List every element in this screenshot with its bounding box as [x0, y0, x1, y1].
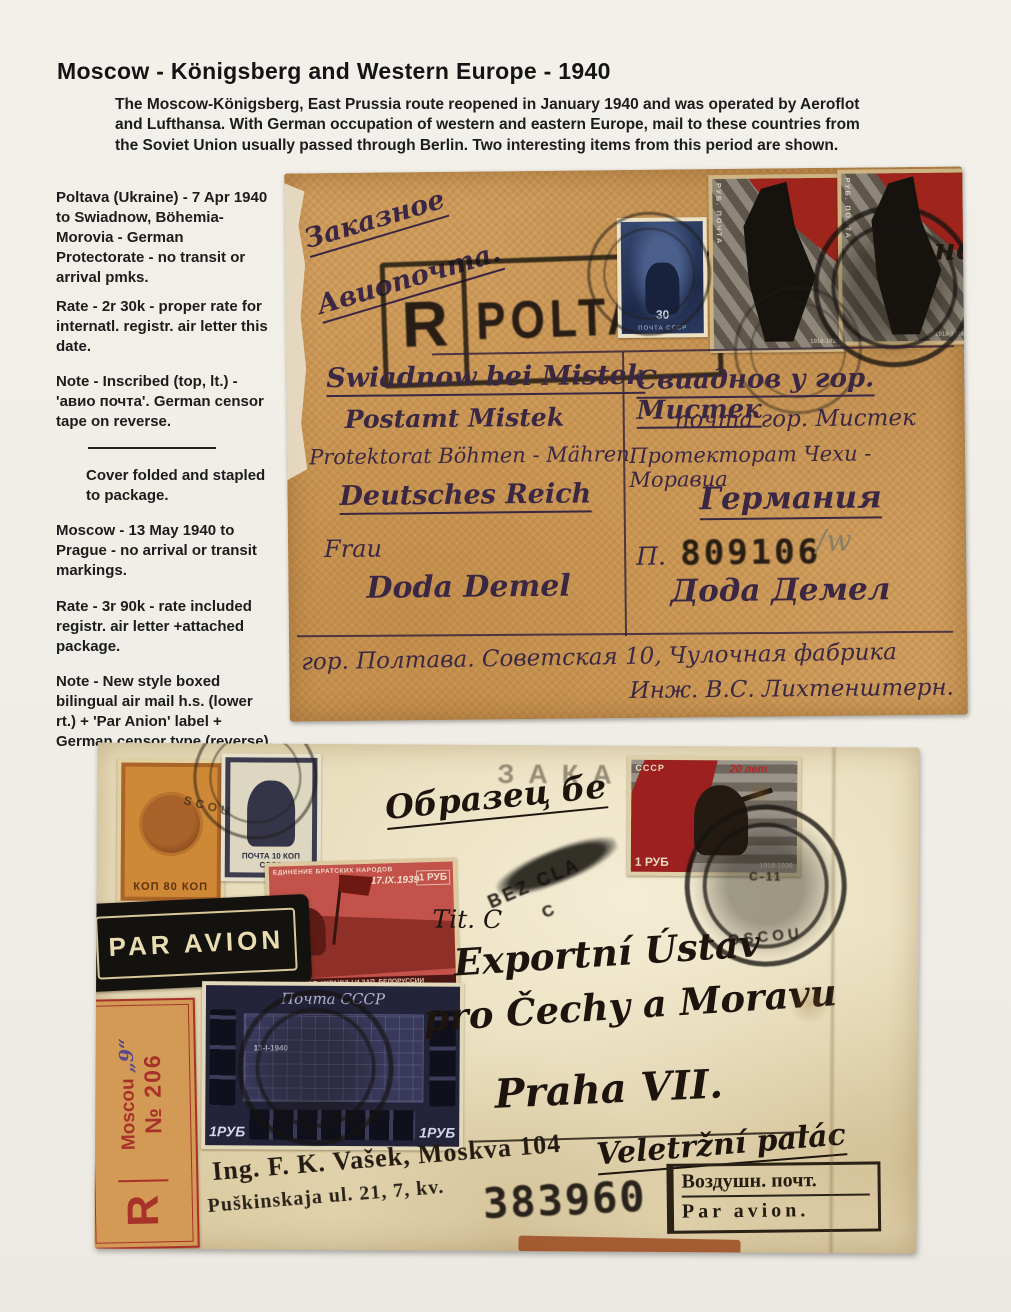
note-poltava-cover: Poltava (Ukraine) - 7 Apr 1940 to Swiadn…	[56, 188, 274, 288]
airmail-handstamp-line1: Воздушн. почт.	[681, 1169, 869, 1198]
registration-label-city-line: Moscou „9“	[115, 1008, 141, 1180]
address-de-line1-text: Swiadnow bei Mistek	[326, 360, 645, 397]
flag-graphic	[339, 874, 374, 897]
sidebar-divider	[88, 447, 216, 449]
address-ru-line2: почта гор. Мистек	[675, 405, 916, 434]
stamp-1939-value: 1 РУБ	[416, 870, 451, 886]
torn-edge	[518, 1236, 740, 1254]
registration-label-number: № 206	[138, 1007, 168, 1180]
registration-label-ms-number: „9“	[116, 1038, 139, 1074]
stain	[745, 780, 771, 806]
note-inscription: Note - Inscribed (top, lt.) - 'авио почт…	[56, 372, 274, 432]
stamp-20let-value: 1 РУБ	[635, 855, 669, 869]
par-avion-label: PAR AVION	[94, 894, 312, 992]
address-ru-line4: Германия	[699, 479, 882, 517]
address-ru-line4-text: Германия	[699, 479, 882, 520]
cover-moscow: КОП 80 КОП ПОЧТА 10 КОП СССР ЕДИНЕНИЕ БР…	[94, 742, 919, 1253]
address-de-line4-text: Deutsches Reich	[339, 478, 591, 515]
address-ru-line5: Дода Демел	[670, 571, 890, 609]
moscou-cancel-sedov	[237, 989, 394, 1146]
portraits-left-graphic	[209, 1009, 236, 1105]
note-folded: Cover folded and stapled to package.	[86, 466, 276, 506]
stamp-80kop-caption: КОП 80 КОП	[125, 881, 217, 894]
sender-line1: гор. Полтава. Советская 10, Чулочная фаб…	[301, 639, 897, 675]
sender-number-handstamp: 383960	[482, 1172, 648, 1229]
page-title: Moscow - Königsberg and Western Europe -…	[57, 58, 611, 85]
poltava-cancel-1	[587, 211, 712, 336]
airmail-handstamp-box: Воздушн. почт. Par avion.	[666, 1161, 881, 1233]
bez-cla-c: C	[539, 902, 557, 923]
registration-label-inner: R Moscou „9“ № 206	[94, 1007, 190, 1241]
stamp-20let-cccp: СССР	[635, 763, 665, 773]
manuscript-registered-text: Заказное	[301, 184, 450, 258]
stamp-1939-date: 17.IX.1939	[371, 874, 420, 886]
moscou-cancel-code: C-11	[749, 869, 782, 883]
registration-label-r: R	[118, 1179, 169, 1240]
album-page: Moscow - Königsberg and Western Europe -…	[0, 0, 1011, 1312]
address-line3: Praha VII.	[494, 1060, 724, 1118]
airmail-handstamp-line2: Par avion.	[682, 1196, 870, 1224]
address-de-line6: Doda Demel	[366, 569, 571, 606]
stamp-20let-anniv: 20 лет	[729, 763, 767, 775]
address-de-line1: Swiadnow bei Mistek	[326, 360, 645, 394]
address-de-line3: Protektorat Böhmen - Mähren	[309, 442, 630, 469]
manuscript-registered: Заказное	[301, 184, 449, 255]
address-de-line5: Frau	[324, 535, 382, 564]
note-rate-1: Rate - 2r 30k - proper rate for internat…	[56, 297, 274, 357]
manuscript-tit: Tit. C	[432, 905, 502, 934]
manuscript-obrazec-text: Образец бе	[383, 766, 608, 830]
registration-number-handstamp: 809106	[680, 532, 821, 573]
stain	[786, 983, 834, 1023]
registration-prefix: П.	[636, 542, 666, 571]
note-moscow-cover: Moscow - 13 May 1940 to Prague - no arri…	[56, 521, 274, 581]
address-de-line4: Deutsches Reich	[339, 478, 591, 512]
registration-label-city: Moscou	[117, 1078, 139, 1150]
manuscript-obrazec: Образец бе	[383, 766, 608, 827]
address-column-divider	[622, 352, 627, 636]
note-rate-2: Rate - 3r 90k - rate included registr. a…	[56, 597, 274, 657]
stamp-sedov-value-left: 1РУБ	[209, 1123, 245, 1139]
registration-suffix-pencil: /w	[816, 524, 852, 559]
registration-label: R Moscou „9“ № 206	[94, 998, 199, 1250]
registration-label-lines: Moscou „9“ № 206	[115, 1007, 168, 1180]
stamp-denomination: РУБ. ПОЧТА	[714, 183, 722, 245]
cover-poltava: Заказное Авиопочта. 16 R POLTAVA 30 ПОЧТ…	[284, 166, 968, 721]
address-de-line2: Postamt Mistek	[345, 403, 565, 434]
par-avion-text: PAR AVION	[95, 907, 298, 979]
sender-line2: Инж. В.С. Лихтенштерн.	[629, 675, 954, 704]
intro-paragraph: The Moscow-Königsberg, East Prussia rout…	[115, 95, 887, 156]
note-boxed-hs: Note - New style boxed bilingual air mai…	[56, 672, 274, 752]
